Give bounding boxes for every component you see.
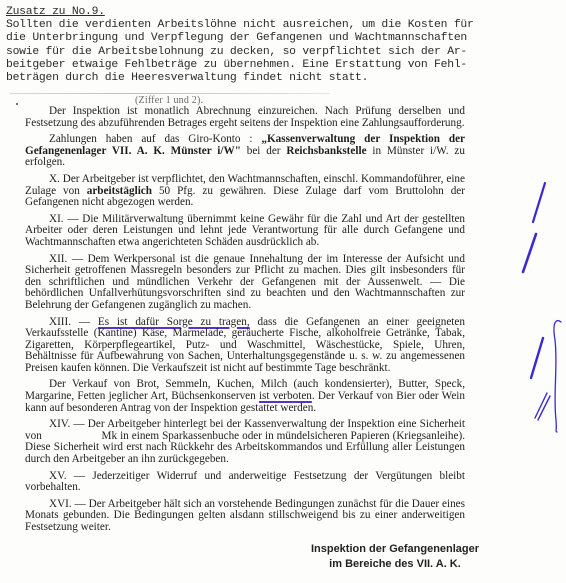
paragraph-abrechnung: Der Inspektion ist monatlich Abrechnung … bbox=[25, 106, 465, 129]
paragraph-xiii: XIII. — Es ist dafür Sorge zu tragen, da… bbox=[25, 317, 465, 375]
paste-edge-divider bbox=[10, 93, 330, 94]
pen-underlined-phrase: ist verboten bbox=[259, 390, 312, 402]
addendum-line: Sollten die verdienten Arbeitslöhne nich… bbox=[6, 19, 562, 32]
margin-stroke-xiii-icon bbox=[531, 338, 543, 378]
paragraph-zahlungen: Zahlungen haben auf das Giro-Konto : „Ka… bbox=[25, 134, 465, 169]
margin-stroke-x-icon bbox=[533, 183, 545, 222]
paragraph-verkauf: Der Verkauf von Brot, Semmeln, Kuchen, M… bbox=[25, 379, 465, 414]
margin-stroke-xi-icon bbox=[523, 234, 536, 272]
paragraph-xvi: XVI. — Der Arbeitgeber hält sich an vors… bbox=[25, 499, 465, 534]
signature-block: Inspektion der Gefangenenlager im Bereic… bbox=[270, 542, 520, 572]
signature-line: im Bereiche des VII. A. K. bbox=[270, 557, 520, 572]
addendum-line: die Unterbringung und Verpflegung der Ge… bbox=[6, 32, 562, 45]
margin-double-stroke-icon bbox=[535, 393, 550, 420]
addendum-heading: Zusatz zu No.9. bbox=[6, 6, 562, 19]
margin-dot bbox=[16, 103, 18, 105]
pen-underlined-phrase: Es ist dafür Sorge zu tragen, bbox=[98, 316, 250, 328]
paragraph-xv: XV. — Jederzeitiger Widerruf und anderwe… bbox=[25, 471, 465, 494]
typewritten-addendum: Zusatz zu No.9. Sollten die verdienten A… bbox=[6, 6, 562, 85]
paragraph-xi: XI. — Die Militärverwaltung übernimmt ke… bbox=[25, 214, 465, 249]
paragraph-xiii-text: XIII. — bbox=[49, 316, 98, 328]
paragraph-x: X. Der Arbeitgeber ist verpflichtet, den… bbox=[25, 174, 465, 209]
margin-bracket-icon bbox=[554, 321, 561, 432]
reichsbankstelle: Reichsbankstelle bbox=[286, 145, 366, 157]
zahlungen-text: Zahlungen haben auf das Giro-Konto : bbox=[49, 133, 261, 145]
signature-line: Inspektion der Gefangenenlager bbox=[270, 542, 520, 557]
addendum-line: beträgen durch die Heeresverwaltung find… bbox=[6, 72, 562, 85]
arbeitstaeglich-bold: arbeitstäglich bbox=[87, 185, 152, 197]
addendum-line: beitgeber etwaige Fehlbeträge zu überneh… bbox=[6, 59, 562, 72]
zahlungen-text: bei der bbox=[241, 145, 286, 157]
paragraph-xii: XII. — Dem Werkpersonal ist die genaue I… bbox=[25, 254, 465, 312]
paragraph-xiv: XIV. — Der Arbeitgeber hinterlegt bei de… bbox=[25, 419, 465, 465]
printed-conditions: Der Inspektion ist monatlich Abrechnung … bbox=[25, 106, 465, 539]
addendum-line: sowie für die Arbeitsbelohnung zu decken… bbox=[6, 46, 562, 59]
